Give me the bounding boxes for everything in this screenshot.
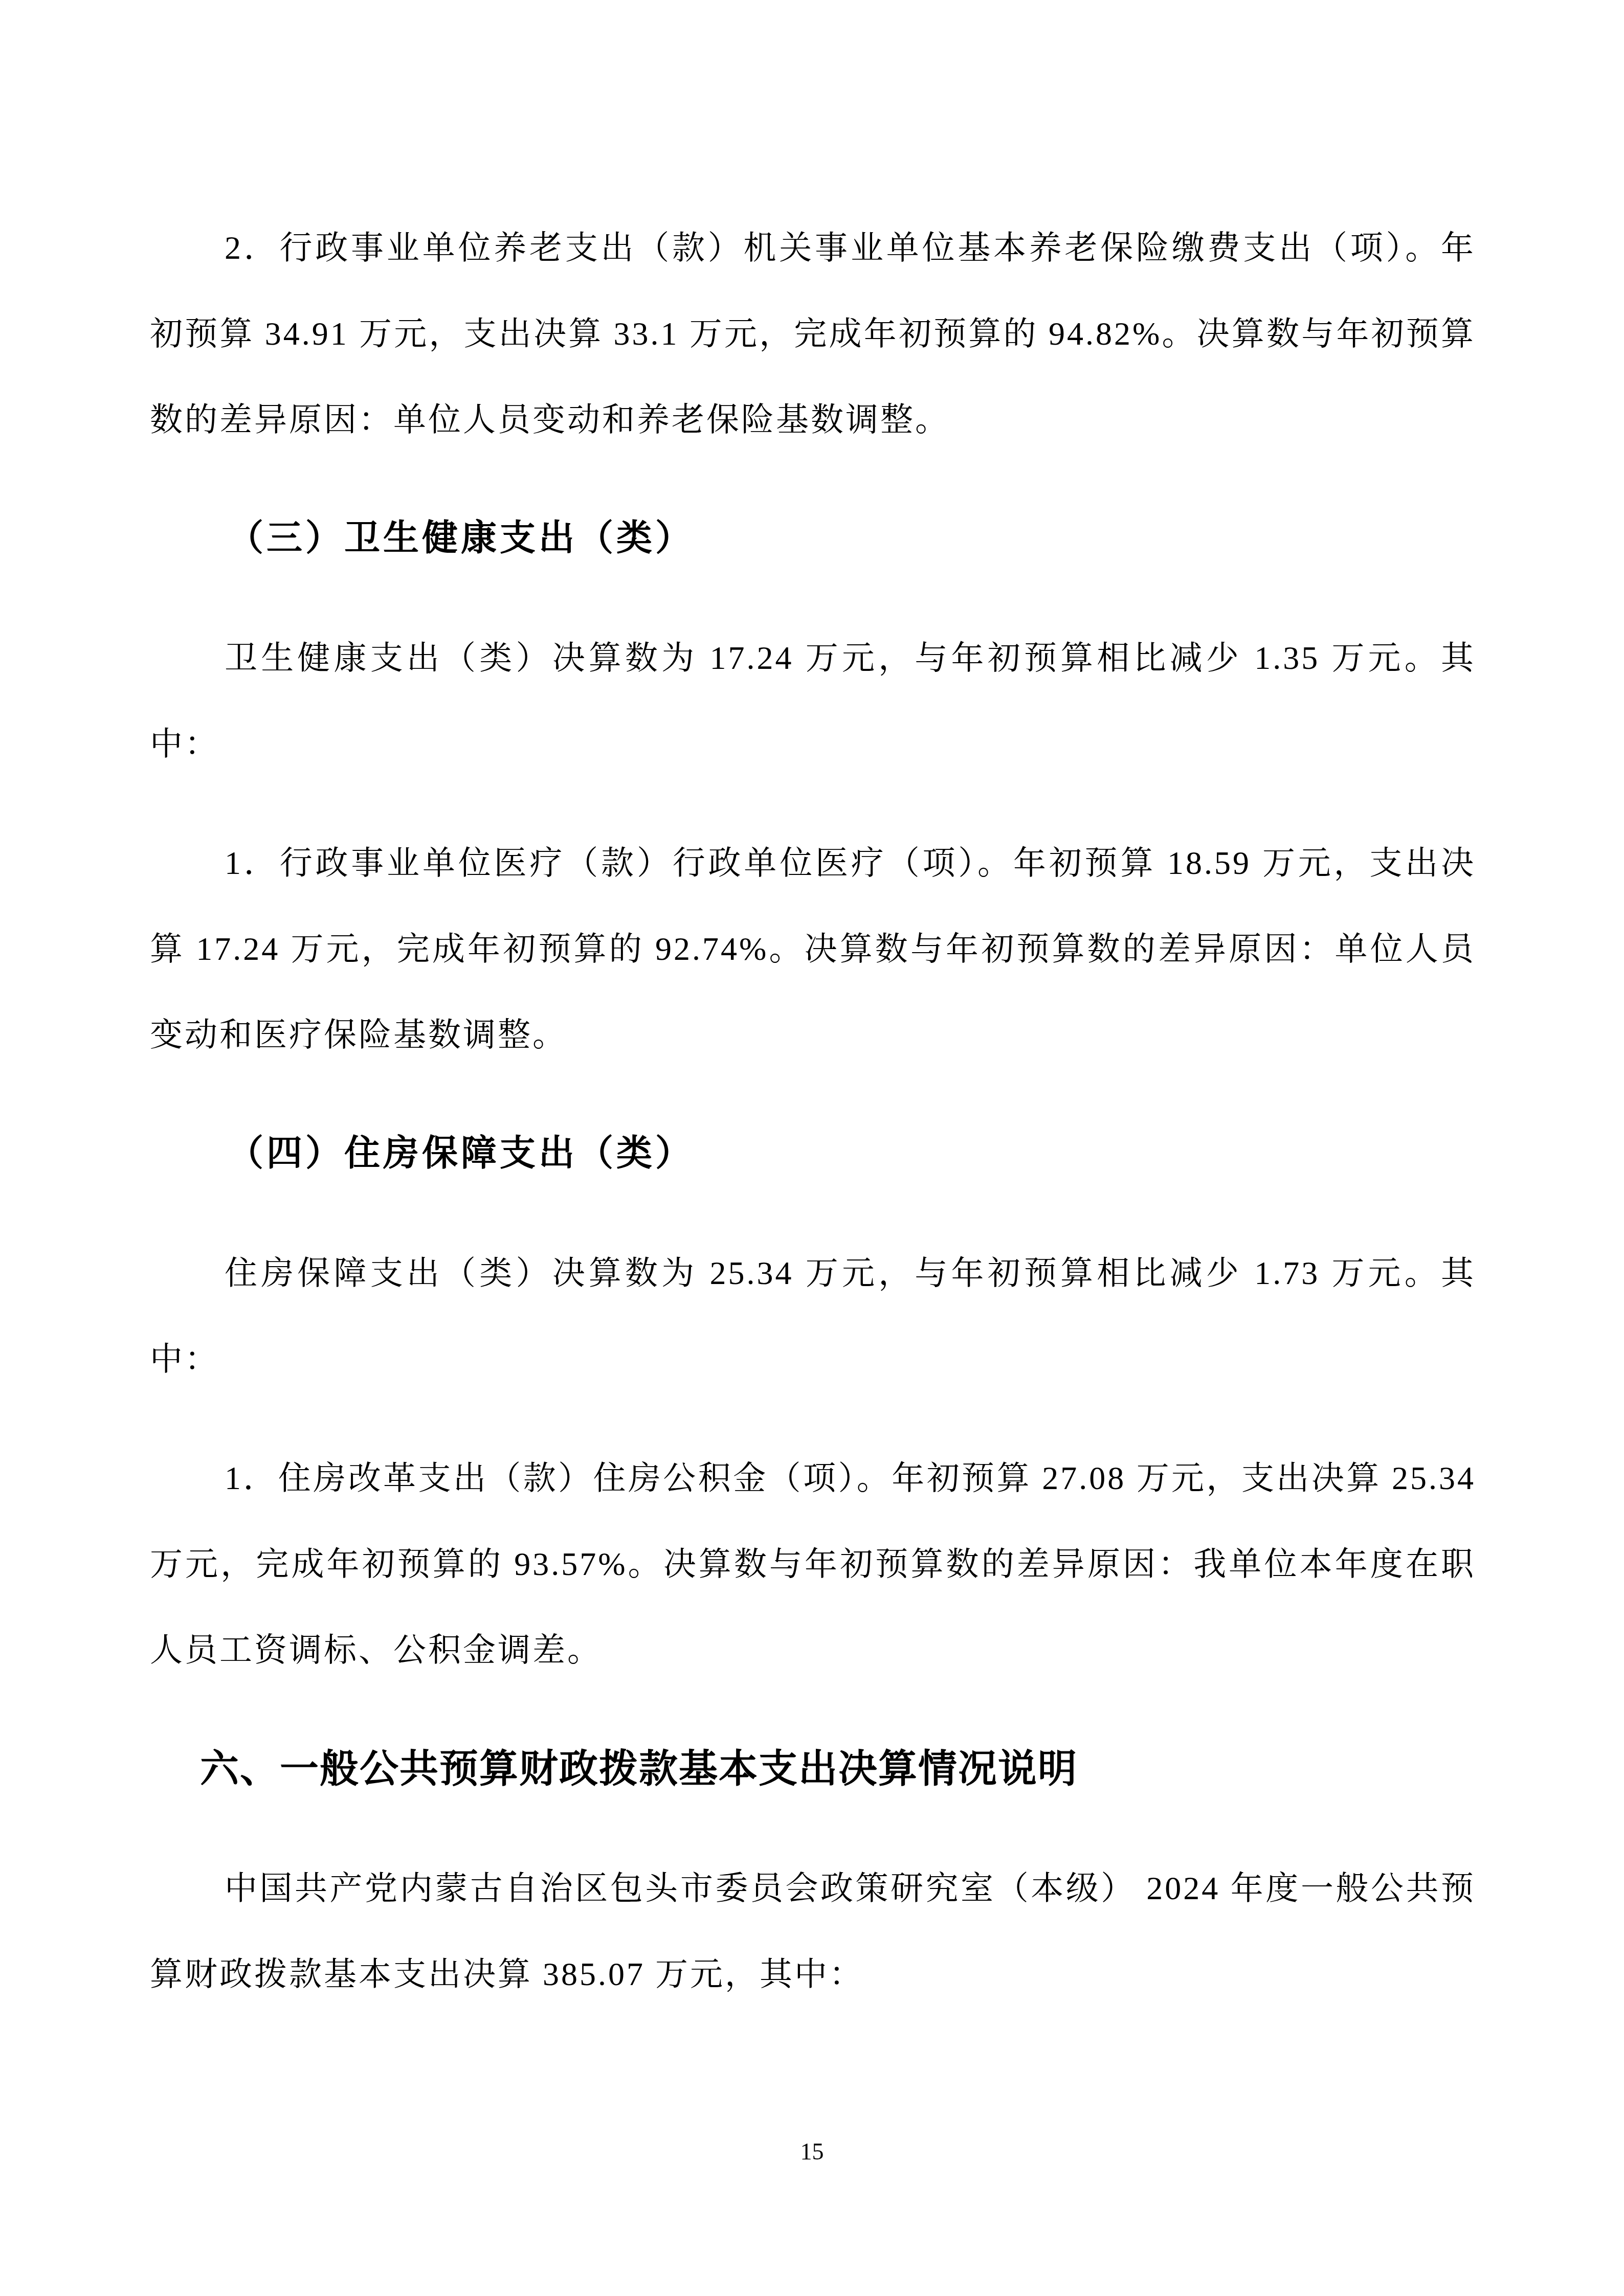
paragraph-housing-expenditure-item1: 1．住房改革支出（款）住房公积金（项）。年初预算 27.08 万元，支出决算 2… [150, 1435, 1476, 1693]
paragraph-pension-expenditure-item2: 2．行政事业单位养老支出（款）机关事业单位基本养老保险缴费支出（项）。年初预算 … [150, 205, 1476, 463]
paragraph-health-expenditure-item1: 1．行政事业单位医疗（款）行政单位医疗（项）。年初预算 18.59 万元，支出决… [150, 820, 1476, 1078]
document-text-area: 2．行政事业单位养老支出（款）机关事业单位基本养老保险缴费支出（项）。年初预算 … [150, 205, 1476, 2017]
paragraph-basic-expenditure-intro: 中国共产党内蒙古自治区包头市委员会政策研究室（本级） 2024 年度一般公共预算… [150, 1845, 1476, 2017]
paragraph-housing-expenditure-intro: 住房保障支出（类）决算数为 25.34 万元，与年初预算相比减少 1.73 万元… [150, 1230, 1476, 1402]
page-number: 15 [0, 2136, 1624, 2167]
heading-basic-expenditure-section: 六、一般公共预算财政拨款基本支出决算情况说明 [150, 1726, 1476, 1812]
heading-health-expenditure: （三）卫生健康支出（类） [150, 496, 1476, 582]
document-page: 2．行政事业单位养老支出（款）机关事业单位基本养老保险缴费支出（项）。年初预算 … [0, 0, 1624, 2296]
paragraph-health-expenditure-intro: 卫生健康支出（类）决算数为 17.24 万元，与年初预算相比减少 1.35 万元… [150, 615, 1476, 787]
heading-housing-expenditure: （四）住房保障支出（类） [150, 1111, 1476, 1197]
